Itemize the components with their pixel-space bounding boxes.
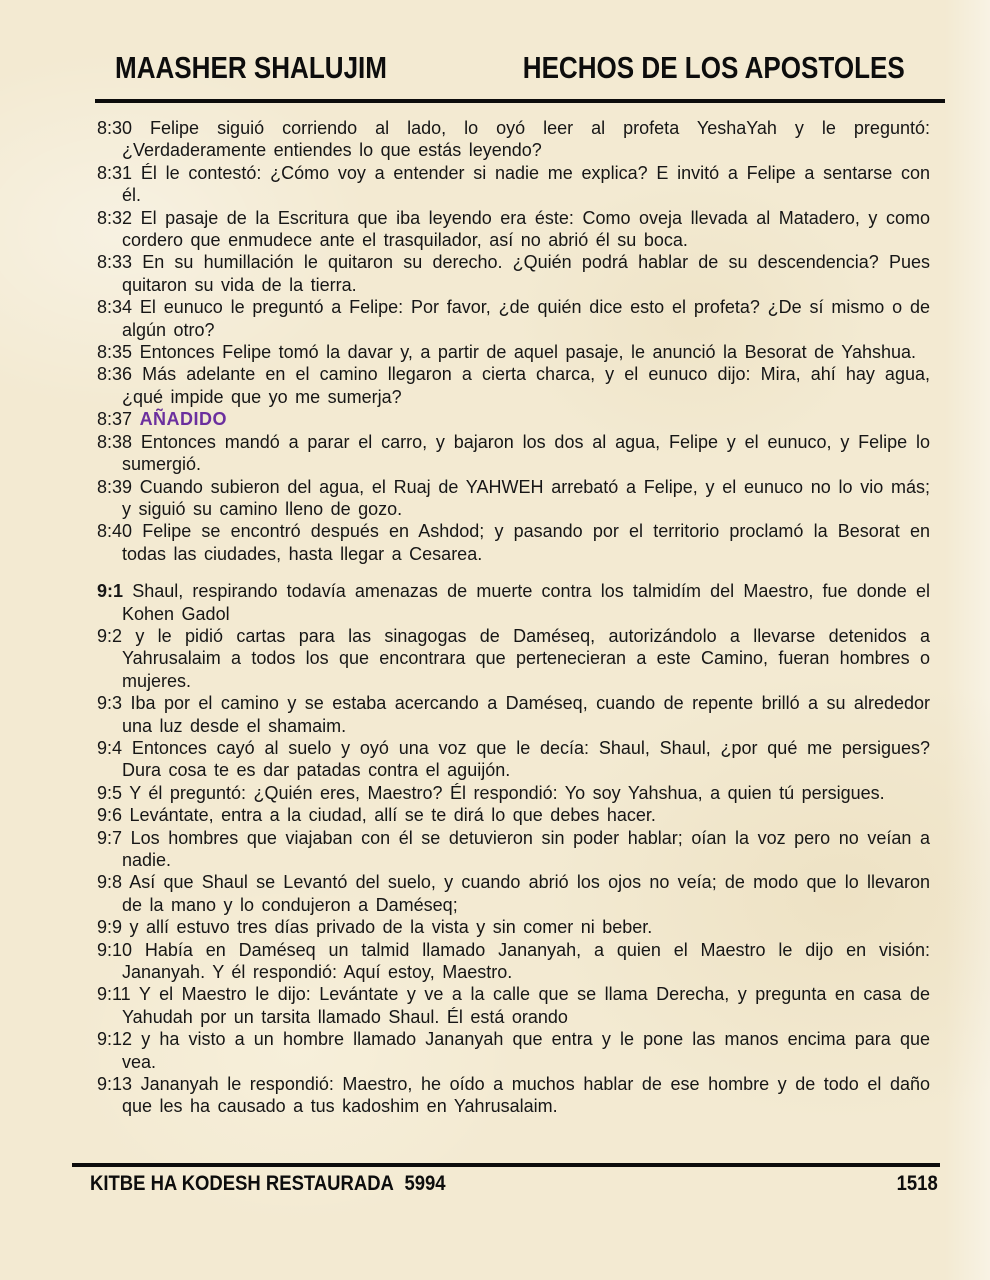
verse-number: 8:30: [97, 118, 132, 138]
header-left-title: MAASHER SHALUJIM: [115, 50, 387, 86]
page-footer: KITBE HA KODESH RESTAURADA5994 1518: [72, 1172, 940, 1196]
verse-8-39: 8:39 Cuando subieron del agua, el Ruaj d…: [97, 476, 930, 521]
footer-edition-label: KITBE HA KODESH RESTAURADA5994: [90, 1172, 446, 1196]
footer-divider: [72, 1163, 940, 1167]
verse-number: 9:3: [97, 693, 122, 713]
verse-number: 9:11: [97, 984, 131, 1004]
verse-9-3: 9:3 Iba por el camino y se estaba acerca…: [97, 692, 930, 737]
verse-number: 8:39: [97, 477, 132, 497]
verse-9-6: 9:6 Levántate, entra a la ciudad, allí s…: [97, 804, 930, 826]
header-right-title: HECHOS DE LOS APOSTOLES: [523, 50, 905, 86]
verse-9-2: 9:2 y le pidió cartas para las sinagogas…: [97, 625, 930, 692]
verse-text: y le pidió cartas para las sinagogas de …: [122, 626, 930, 691]
verse-text: Jananyah le respondió: Maestro, he oído …: [122, 1074, 930, 1116]
verse-8-38: 8:38 Entonces mandó a parar el carro, y …: [97, 431, 930, 476]
verse-number: 8:32: [97, 208, 132, 228]
verse-number: 8:34: [97, 297, 132, 317]
verse-text: y allí estuvo tres días privado de la vi…: [130, 917, 653, 937]
verse-text: y ha visto a un hombre llamado Jananyah …: [122, 1029, 930, 1071]
verse-9-13: 9:13 Jananyah le respondió: Maestro, he …: [97, 1073, 930, 1118]
verse-8-32: 8:32 El pasaje de la Escritura que iba l…: [97, 207, 930, 252]
verse-number: 8:37: [97, 409, 132, 429]
verse-text: Entonces cayó al suelo y oyó una voz que…: [122, 738, 930, 780]
verse-9-4: 9:4 Entonces cayó al suelo y oyó una voz…: [97, 737, 930, 782]
verse-text: El eunuco le preguntó a Felipe: Por favo…: [122, 297, 930, 339]
verse-text: Levántate, entra a la ciudad, allí se te…: [130, 805, 656, 825]
footer-edition-title: KITBE HA KODESH RESTAURADA: [90, 1172, 394, 1195]
verse-number: 9:13: [97, 1074, 132, 1094]
verse-number: 8:40: [97, 521, 132, 541]
verse-9-7: 9:7 Los hombres que viajaban con él se d…: [97, 827, 930, 872]
verse-number: 8:36: [97, 364, 132, 384]
verse-text: Y él preguntó: ¿Quién eres, Maestro? Él …: [129, 783, 884, 803]
verse-8-34: 8:34 El eunuco le preguntó a Felipe: Por…: [97, 296, 930, 341]
verse-text: Felipe se encontró después en Ashdod; y …: [122, 521, 930, 563]
verse-9-11: 9:11 Y el Maestro le dijo: Levántate y v…: [97, 983, 930, 1028]
verse-text: Así que Shaul se Levantó del suelo, y cu…: [122, 872, 930, 914]
verse-9-12: 9:12 y ha visto a un hombre llamado Jana…: [97, 1028, 930, 1073]
verse-text: Cuando subieron del agua, el Ruaj de YAH…: [122, 477, 930, 519]
verse-text: Los hombres que viajaban con él se detuv…: [122, 828, 930, 870]
verse-number: 9:5: [97, 783, 122, 803]
verse-text: Él le contestó: ¿Cómo voy a entender si …: [122, 163, 930, 205]
footer-page-number: 1518: [897, 1172, 938, 1196]
verse-text: AÑADIDO: [140, 409, 228, 429]
verse-8-36: 8:36 Más adelante en el camino llegaron …: [97, 363, 930, 408]
verse-list: 8:30 Felipe siguió corriendo al lado, lo…: [97, 117, 930, 1118]
verse-9-10: 9:10 Había en Daméseq un talmid llamado …: [97, 939, 930, 984]
verse-8-31: 8:31 Él le contestó: ¿Cómo voy a entende…: [97, 162, 930, 207]
verse-text: Felipe siguió corriendo al lado, lo oyó …: [122, 118, 930, 160]
verse-text: Entonces mandó a parar el carro, y bajar…: [122, 432, 930, 474]
verse-number: 9:7: [97, 828, 122, 848]
verse-number: 9:4: [97, 738, 122, 758]
page-footer-block: KITBE HA KODESH RESTAURADA5994 1518: [72, 1163, 940, 1196]
verse-text: Shaul, respirando todavía amenazas de mu…: [122, 581, 930, 623]
verse-number: 8:33: [97, 252, 132, 272]
verse-8-35: 8:35 Entonces Felipe tomó la davar y, a …: [97, 341, 930, 363]
verse-9-1: 9:1 Shaul, respirando todavía amenazas d…: [97, 580, 930, 625]
verse-8-37: 8:37 AÑADIDO: [97, 408, 930, 430]
verse-9-8: 9:8 Así que Shaul se Levantó del suelo, …: [97, 871, 930, 916]
page-header: MAASHER SHALUJIM HECHOS DE LOS APOSTOLES: [97, 50, 930, 86]
verse-number: 9:12: [97, 1029, 132, 1049]
footer-edition-number: 5994: [404, 1172, 445, 1195]
verse-8-40: 8:40 Felipe se encontró después en Ashdo…: [97, 520, 930, 565]
verse-text: El pasaje de la Escritura que iba leyend…: [122, 208, 930, 250]
verse-text: Más adelante en el camino llegaron a cie…: [122, 364, 930, 406]
verse-number: 9:10: [97, 940, 132, 960]
verse-number: 9:9: [97, 917, 122, 937]
verse-9-9: 9:9 y allí estuvo tres días privado de l…: [97, 916, 930, 938]
scripture-page: MAASHER SHALUJIM HECHOS DE LOS APOSTOLES…: [0, 0, 990, 1280]
verse-9-5: 9:5 Y él preguntó: ¿Quién eres, Maestro?…: [97, 782, 930, 804]
verse-text: En su humillación le quitaron su derecho…: [122, 252, 930, 294]
verse-number: 9:8: [97, 872, 122, 892]
verse-8-30: 8:30 Felipe siguió corriendo al lado, lo…: [97, 117, 930, 162]
verse-text: Y el Maestro le dijo: Levántate y ve a l…: [122, 984, 930, 1026]
verse-number: 8:35: [97, 342, 132, 362]
verse-number: 8:38: [97, 432, 132, 452]
verse-number: 9:6: [97, 805, 122, 825]
verse-8-33: 8:33 En su humillación le quitaron su de…: [97, 251, 930, 296]
verse-text: Entonces Felipe tomó la davar y, a parti…: [140, 342, 916, 362]
header-divider: [95, 99, 945, 103]
verse-number: 8:31: [97, 163, 132, 183]
verse-text: Había en Daméseq un talmid llamado Janan…: [122, 940, 930, 982]
verse-number: 9:2: [97, 626, 122, 646]
verse-text: Iba por el camino y se estaba acercando …: [122, 693, 930, 735]
verse-number: 9:1: [97, 581, 123, 601]
